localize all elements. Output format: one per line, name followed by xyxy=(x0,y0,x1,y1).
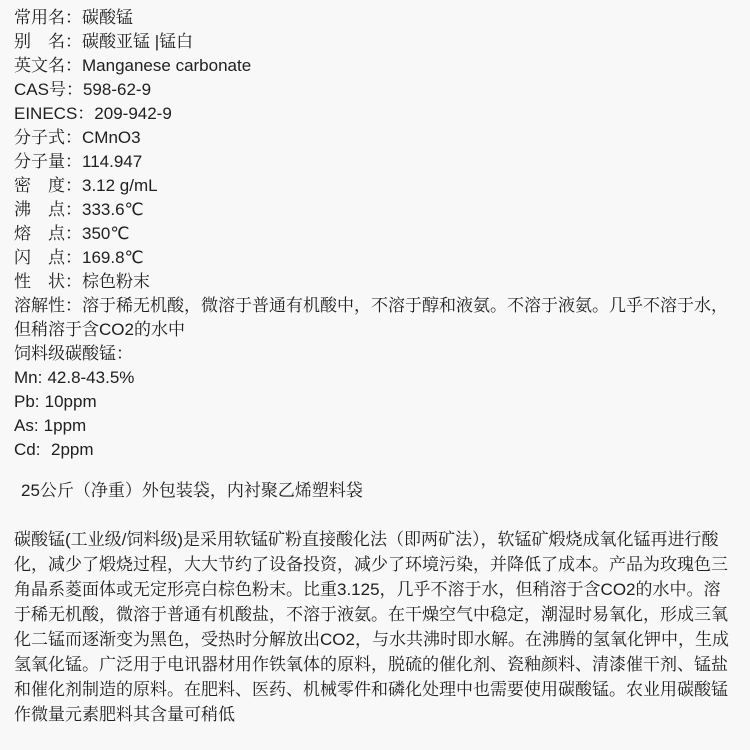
feed-label: As: xyxy=(14,416,39,435)
spec-value: Manganese carbonate xyxy=(82,56,251,75)
feed-value: 42.8-43.5% xyxy=(47,368,134,387)
spec-value: 3.12 g/mL xyxy=(82,176,158,195)
feed-grade-row-cd: Cd:2ppm xyxy=(14,438,736,462)
spec-value: 棕色粉末 xyxy=(82,272,150,291)
feed-grade-row-as: As:1ppm xyxy=(14,414,736,438)
spec-value: 溶于稀无机酸，微溶于普通有机酸中，不溶于醇和液氨。不溶于液氨。几乎不溶于水，但稍… xyxy=(14,296,728,339)
spec-value: 350℃ xyxy=(82,224,129,243)
product-spec-list: 常用名：碳酸锰 别 名：碳酸亚锰 |锰白 英文名：Manganese carbo… xyxy=(14,6,736,342)
spec-label: 分子量： xyxy=(14,152,82,171)
spec-row-formula: 分子式：CMnO3 xyxy=(14,126,736,150)
spec-label: 沸 点： xyxy=(14,200,82,219)
feed-grade-title: 饲料级碳酸锰： xyxy=(14,342,736,366)
spec-label: 闪 点： xyxy=(14,248,82,267)
spec-value: 333.6℃ xyxy=(82,200,144,219)
feed-value: 10ppm xyxy=(45,392,97,411)
spec-row-common-name: 常用名：碳酸锰 xyxy=(14,6,736,30)
packaging-line: 25公斤（净重）外包装袋，内衬聚乙烯塑料袋 xyxy=(14,479,736,503)
spec-value: 碳酸锰 xyxy=(82,8,133,27)
spec-label: 溶解性： xyxy=(14,296,82,315)
spec-label: 密 度： xyxy=(14,176,82,195)
feed-grade-row-mn: Mn:42.8-43.5% xyxy=(14,366,736,390)
spec-value: 114.947 xyxy=(82,152,142,171)
spec-row-einecs: EINECS：209-942-9 xyxy=(14,102,736,126)
spec-value: 碳酸亚锰 |锰白 xyxy=(82,32,193,51)
feed-value: 1ppm xyxy=(44,416,87,435)
feed-value: 2ppm xyxy=(51,440,94,459)
spec-label: EINECS： xyxy=(14,104,94,123)
spec-label: 常用名： xyxy=(14,8,82,27)
spec-row-molecular-weight: 分子量：114.947 xyxy=(14,150,736,174)
spec-row-flash-point: 闪 点：169.8℃ xyxy=(14,246,736,270)
spec-label: 性 状： xyxy=(14,272,82,291)
feed-grade-section: 饲料级碳酸锰： Mn:42.8-43.5% Pb:10ppm As:1ppm C… xyxy=(14,342,736,462)
spec-row-appearance: 性 状：棕色粉末 xyxy=(14,270,736,294)
spec-value: 169.8℃ xyxy=(82,248,144,267)
feed-grade-row-pb: Pb:10ppm xyxy=(14,390,736,414)
product-description: 碳酸锰(工业级/饲料级)是采用软锰矿粉直接酸化法（即两矿法），软锰矿煅烧成氧化锰… xyxy=(14,527,736,727)
spec-label: 分子式： xyxy=(14,128,82,147)
spec-value: 209-942-9 xyxy=(94,104,172,123)
product-info-page: 常用名：碳酸锰 别 名：碳酸亚锰 |锰白 英文名：Manganese carbo… xyxy=(0,0,750,750)
spec-row-solubility: 溶解性：溶于稀无机酸，微溶于普通有机酸中，不溶于醇和液氨。不溶于液氨。几乎不溶于… xyxy=(14,294,736,342)
spec-row-cas: CAS号：598-62-9 xyxy=(14,78,736,102)
spec-row-alias: 别 名：碳酸亚锰 |锰白 xyxy=(14,30,736,54)
spec-value: 598-62-9 xyxy=(83,80,151,99)
feed-label: Cd: xyxy=(14,440,40,459)
spec-row-melting-point: 熔 点：350℃ xyxy=(14,222,736,246)
feed-label: Mn: xyxy=(14,368,42,387)
spec-label: 别 名： xyxy=(14,32,82,51)
spec-label: CAS号： xyxy=(14,80,83,99)
feed-label: Pb: xyxy=(14,392,40,411)
spec-value: CMnO3 xyxy=(82,128,141,147)
spec-row-boiling-point: 沸 点：333.6℃ xyxy=(14,198,736,222)
spec-label: 英文名： xyxy=(14,56,82,75)
spec-row-english-name: 英文名：Manganese carbonate xyxy=(14,54,736,78)
spec-label: 熔 点： xyxy=(14,224,82,243)
spec-row-density: 密 度：3.12 g/mL xyxy=(14,174,736,198)
